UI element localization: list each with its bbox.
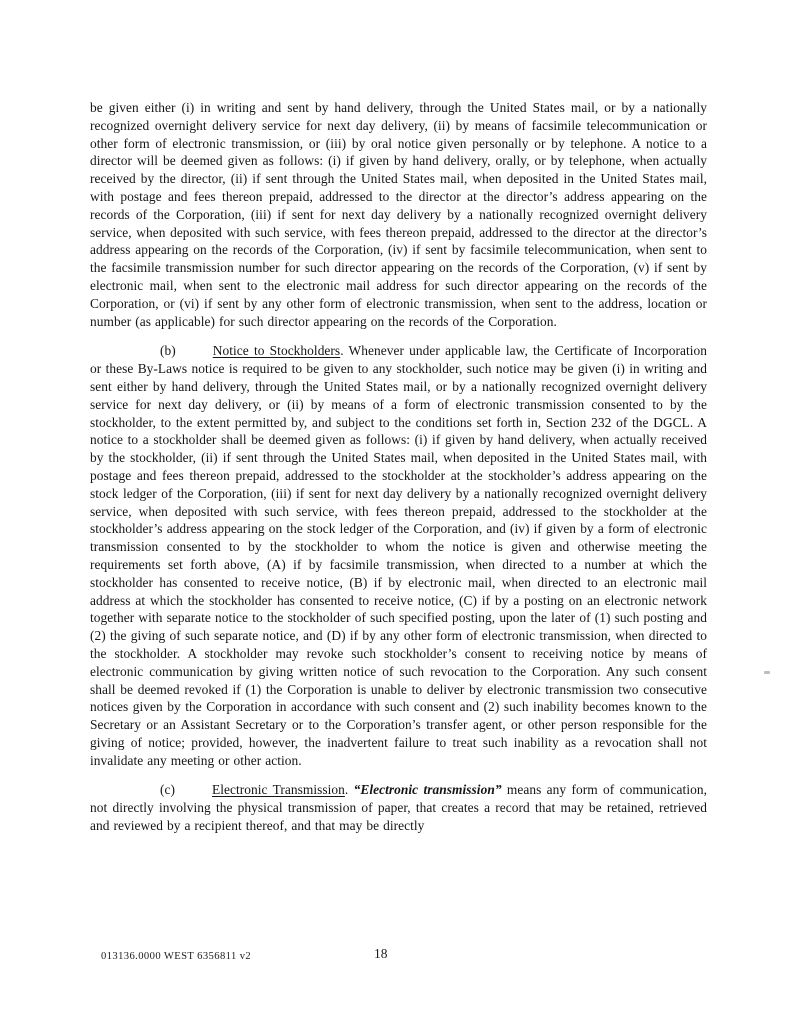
document-text-block: be given either (i) in writing and sent … <box>90 99 707 847</box>
paragraph-c-separator: . <box>345 782 354 797</box>
clause-label-b: (b) <box>160 343 176 358</box>
document-page: be given either (i) in writing and sent … <box>0 0 795 1030</box>
paragraph-b-body: . Whenever under applicable law, the Cer… <box>90 343 707 767</box>
defined-term-electronic-transmission: “Electronic transmission” <box>354 782 502 797</box>
heading-notice-to-stockholders: Notice to Stockholders <box>213 343 340 358</box>
paragraph-notice-to-directors-continuation: be given either (i) in writing and sent … <box>90 99 707 330</box>
paragraph-notice-to-stockholders: (b)Notice to Stockholders. Whenever unde… <box>90 342 707 769</box>
scan-artifact-mark <box>764 671 770 674</box>
page-number: 18 <box>374 946 388 962</box>
heading-electronic-transmission: Electronic Transmission <box>212 782 345 797</box>
footer-document-id: 013136.0000 WEST 6356811 v2 <box>101 951 251 962</box>
paragraph-electronic-transmission: (c)Electronic Transmission. “Electronic … <box>90 781 707 834</box>
clause-label-c: (c) <box>160 782 175 797</box>
